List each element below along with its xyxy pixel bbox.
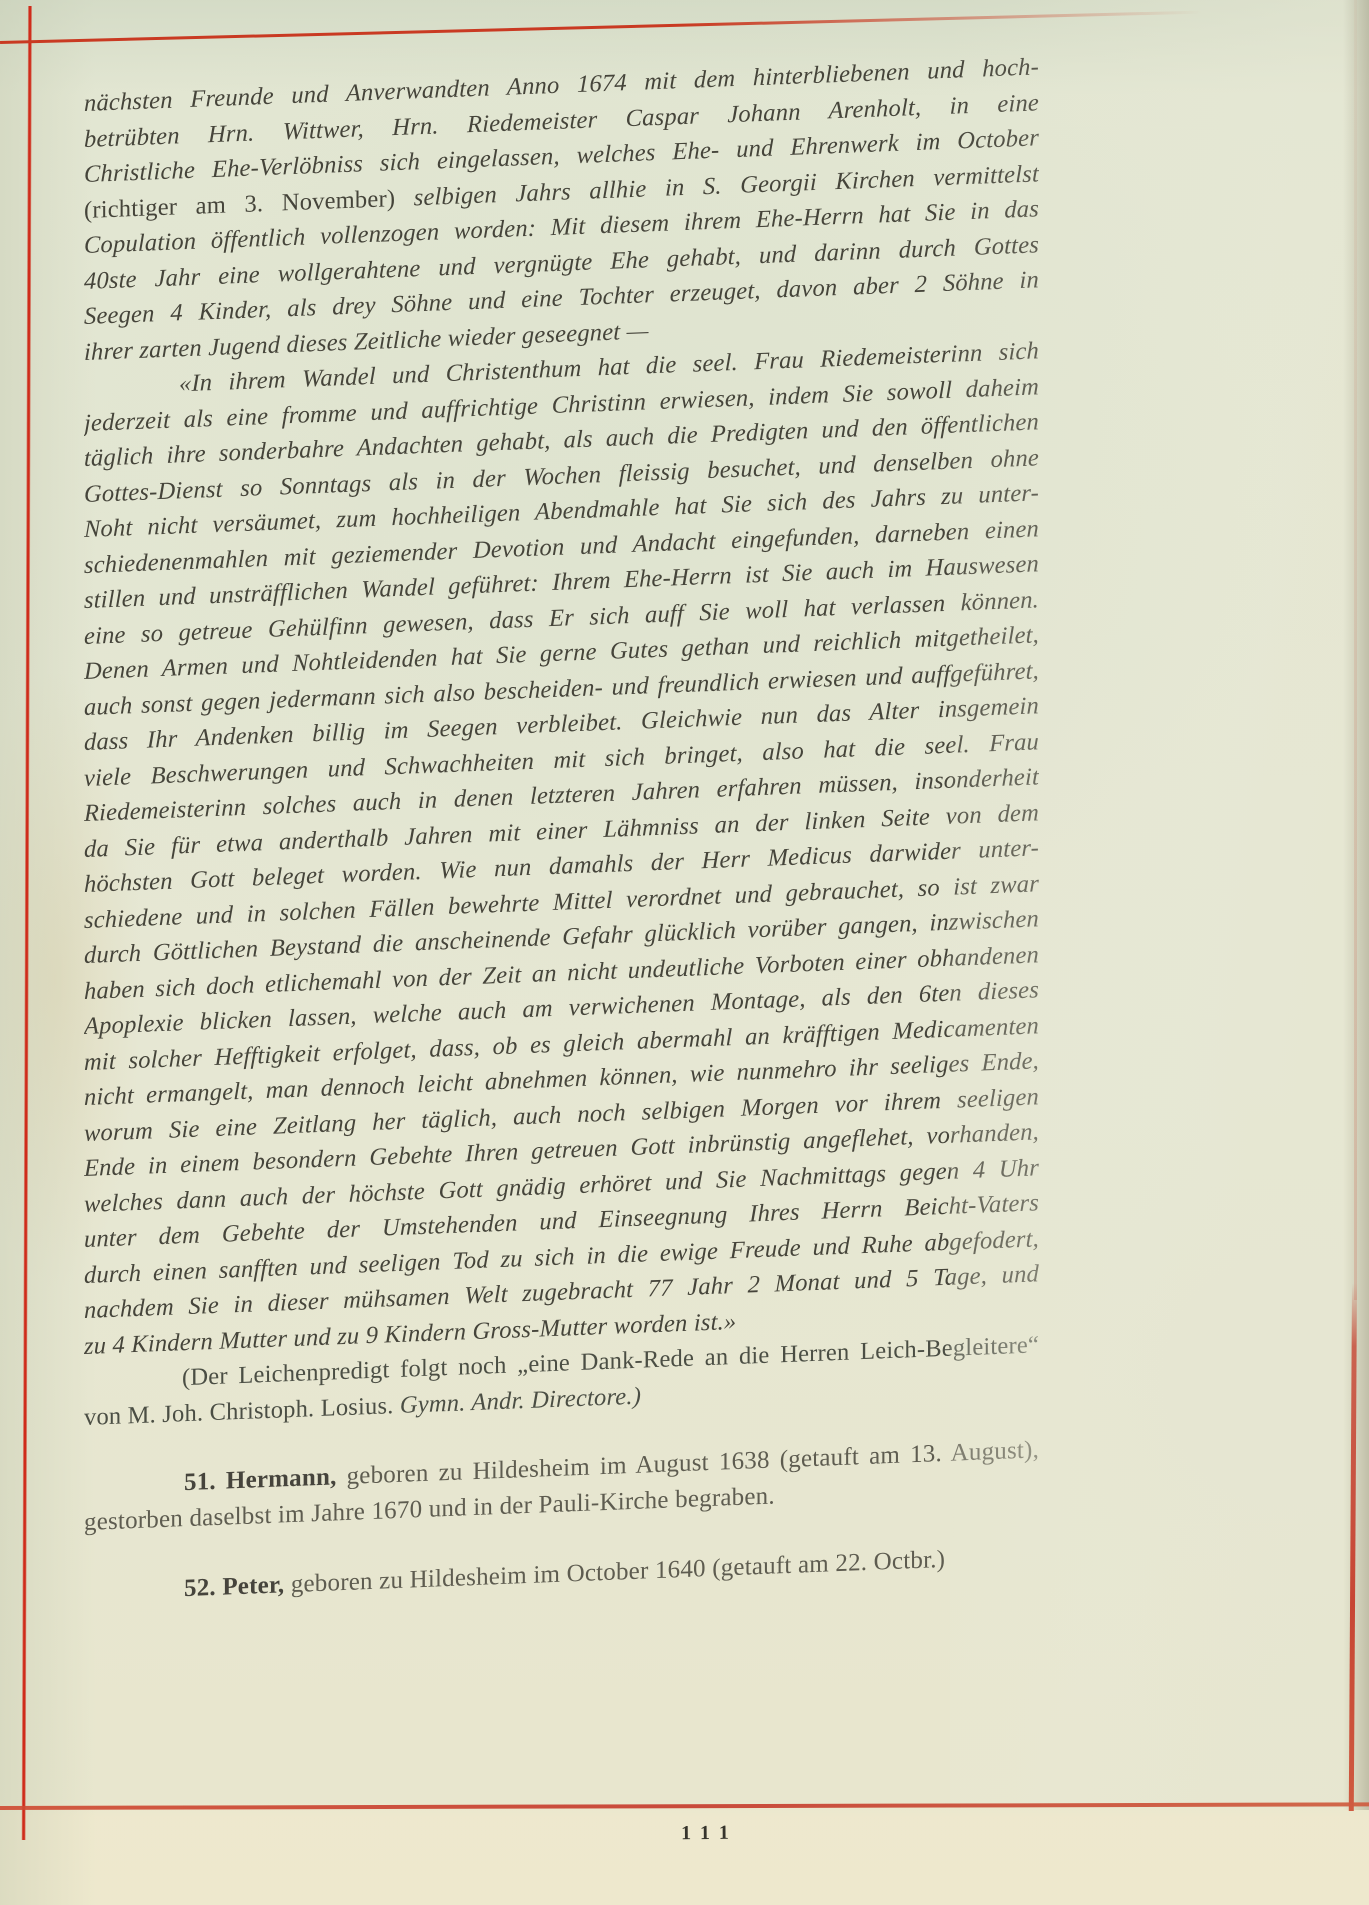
crop-line-top bbox=[0, 10, 1240, 45]
scanned-book-page: nächsten Freunde und Anverwandten Anno 1… bbox=[0, 0, 1369, 1905]
crop-line-right-faint bbox=[1354, 0, 1357, 1300]
page-text-block: nächsten Freunde und Anverwandten Anno 1… bbox=[84, 49, 1039, 1611]
entry-name: Peter, bbox=[222, 1571, 284, 1600]
note-roman-part: von M. Joh. Christoph. Losius. bbox=[84, 1392, 394, 1431]
entry-52-peter: 52. Peter, geboren zu Hildesheim im Octo… bbox=[84, 1538, 1039, 1611]
paragraph-eulogy-quote: «In ihrem Wandel und Christenthum hat di… bbox=[84, 333, 1039, 1364]
crop-line-left bbox=[22, 6, 32, 1840]
bottom-right-ink-fade bbox=[990, 1080, 1369, 1680]
page-number: 111 bbox=[655, 1822, 765, 1846]
crop-line-bottom bbox=[0, 1802, 1369, 1809]
crop-line-right bbox=[1349, 1283, 1357, 1811]
note-italic-part: Gymn. Andr. Directore.) bbox=[400, 1382, 641, 1418]
entry-number: 52. bbox=[184, 1574, 216, 1602]
entry-51-hermann: 51. Hermann, geboren zu Hildesheim im Au… bbox=[84, 1432, 1039, 1541]
entry-text: geboren zu Hildesheim im October 1640 (g… bbox=[291, 1546, 945, 1598]
entry-number: 51. bbox=[184, 1468, 216, 1496]
entry-name: Hermann, bbox=[226, 1463, 337, 1494]
